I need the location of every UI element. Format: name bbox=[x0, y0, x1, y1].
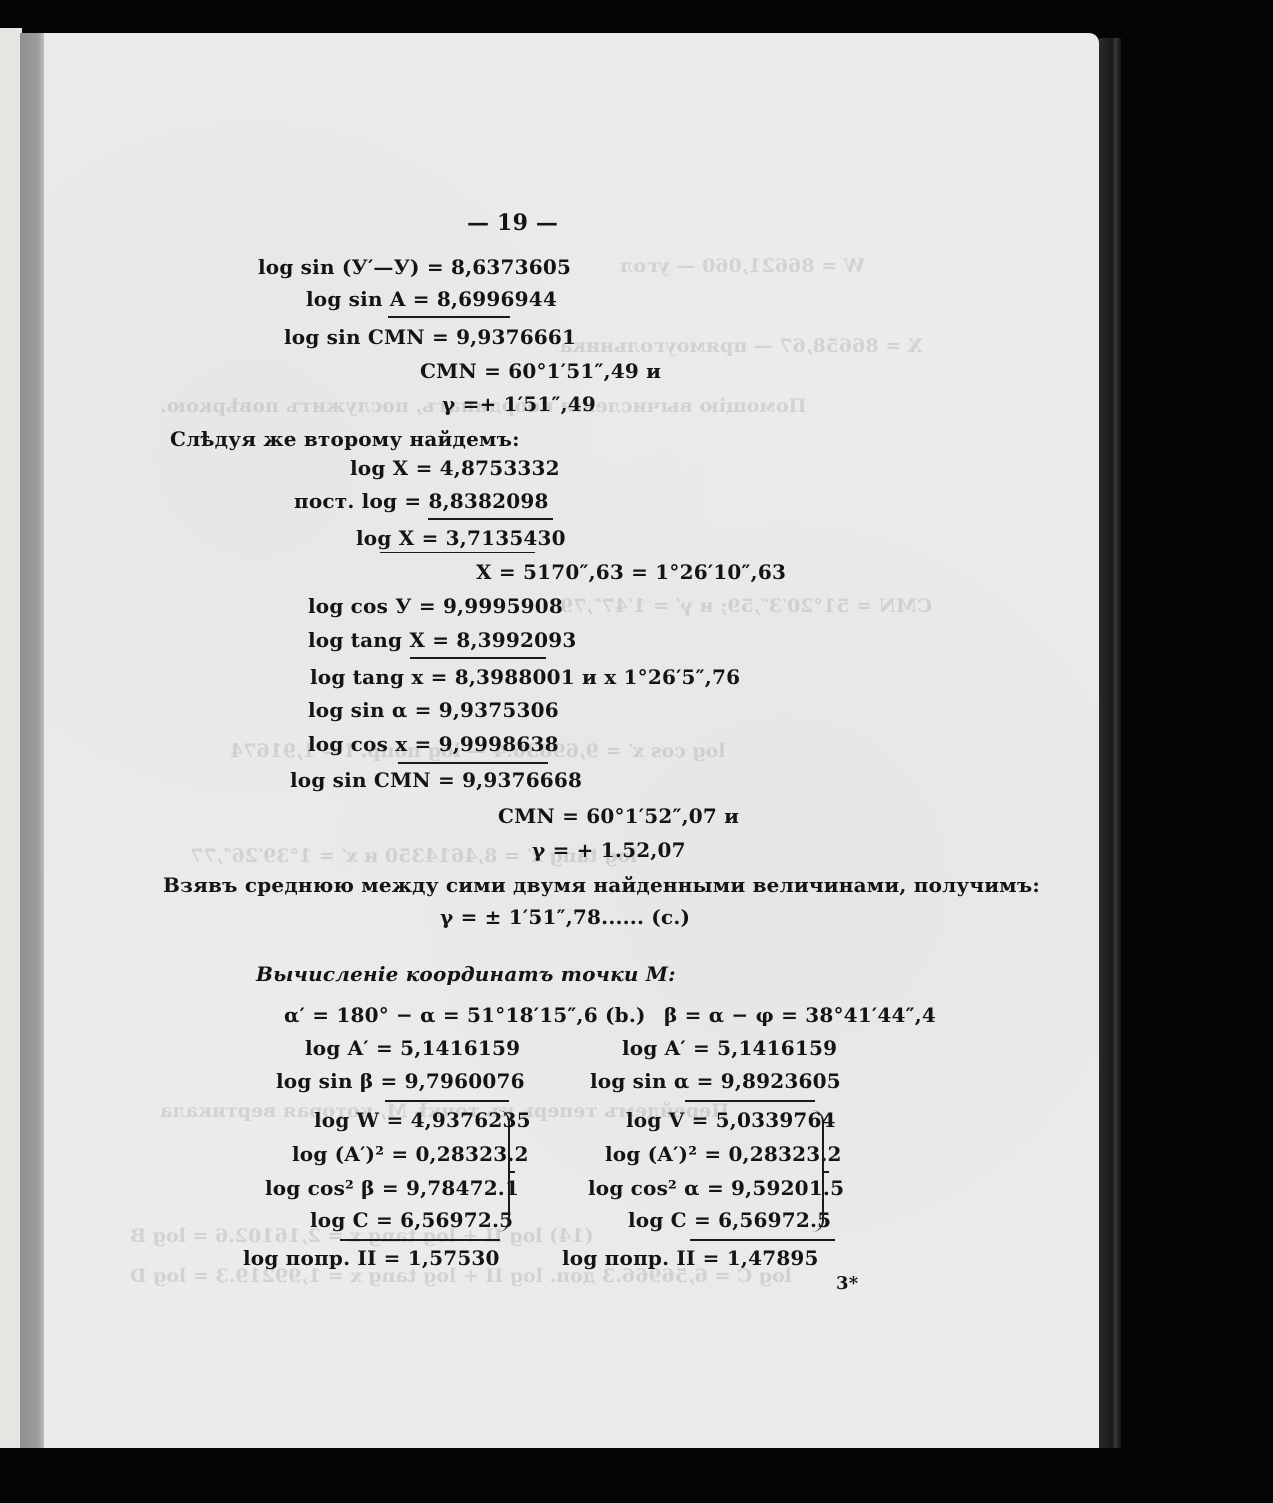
formula-line: log tang x = 8,3988001 и x 1°26′5″,76 bbox=[310, 665, 740, 689]
sum-rule bbox=[340, 1239, 500, 1241]
formula-line: log V = 5,0339764 bbox=[626, 1108, 836, 1132]
formula-line: log cos У = 9,9995908 bbox=[308, 594, 563, 618]
formula-line: log C = 6,56972.5 bbox=[310, 1208, 513, 1232]
bleed-through-text: CMN = 51°20′3″,59; и γ′ = 1′47″,79 bbox=[560, 595, 932, 617]
brace bbox=[812, 1110, 824, 1232]
formula-line: α′ = 180° − α = 51°18′15″,6 (b.) bbox=[284, 1003, 646, 1027]
sum-rule bbox=[410, 657, 546, 659]
formula-line: log sin A = 8,6996944 bbox=[306, 287, 557, 311]
sum-rule bbox=[428, 518, 553, 520]
formula-line: log sin α = 9,9375306 bbox=[308, 698, 559, 722]
sum-rule bbox=[388, 316, 510, 318]
formula-line: γ =+ 1′51″,49 bbox=[442, 392, 596, 416]
formula-line: CMN = 60°1′51″,49 и bbox=[420, 359, 661, 383]
formula-line: log (A′)² = 0,28323.2 bbox=[605, 1142, 842, 1166]
formula-line: log (A′)² = 0,28323.2 bbox=[292, 1142, 529, 1166]
gutter-shadow bbox=[20, 33, 46, 1448]
formula-line: log попр. II = 1,57530 bbox=[243, 1246, 500, 1270]
sum-rule bbox=[398, 762, 548, 764]
formula-line: log sin (У′—У) = 8,6373605 bbox=[258, 255, 571, 279]
formula-line: log cos x = 9,9998638 bbox=[308, 732, 559, 756]
formula-line: log попр. II = 1,47895 bbox=[562, 1246, 819, 1270]
formula-line: log A′ = 5,1416159 bbox=[305, 1036, 520, 1060]
formula-line: log tang X = 8,3992093 bbox=[308, 628, 576, 652]
formula-line: log sin α = 9,8923605 bbox=[590, 1069, 841, 1093]
section-heading: Вычисленіе координатъ точки М: bbox=[256, 962, 676, 986]
sum-rule bbox=[690, 1239, 835, 1241]
formula-line: log cos² β = 9,78472.1 bbox=[265, 1176, 519, 1200]
formula-line: log C = 6,56972.5 bbox=[628, 1208, 831, 1232]
formula-line: log A′ = 5,1416159 bbox=[622, 1036, 837, 1060]
formula-line: log sin β = 9,7960076 bbox=[276, 1069, 525, 1093]
left-page-edge bbox=[0, 28, 22, 1448]
formula-line: X = 5170″,63 = 1°26′10″,63 bbox=[476, 560, 786, 584]
formula-line: CMN = 60°1′52″,07 и bbox=[498, 804, 739, 828]
formula-line: log X = 3,7135430 bbox=[356, 526, 566, 550]
formula-line: log cos² α = 9,59201.5 bbox=[588, 1176, 844, 1200]
bleed-through-text: X = 86658,67 — прямоугольника bbox=[560, 335, 922, 357]
formula-line: log X = 4,8753332 bbox=[350, 456, 560, 480]
sum-rule bbox=[685, 1100, 815, 1102]
sum-rule bbox=[385, 1100, 509, 1102]
signature-mark: 3* bbox=[836, 1272, 858, 1296]
formula-line: log sin CMN = 9,9376668 bbox=[290, 768, 582, 792]
section-heading: Слѣдуя же второму найдемъ: bbox=[170, 427, 520, 451]
paragraph-text: Взявъ среднюю между сими двумя найденным… bbox=[163, 873, 1040, 897]
formula-line: пост. log = 8,8382098 bbox=[294, 489, 549, 513]
book-edge bbox=[1099, 38, 1121, 1448]
page-number: — 19 — bbox=[467, 211, 558, 235]
brace bbox=[498, 1110, 510, 1232]
formula-line: log sin CMN = 9,9376661 bbox=[284, 325, 576, 349]
sum-rule bbox=[380, 552, 535, 553]
formula-line: γ = + 1.52,07 bbox=[532, 838, 686, 862]
formula-line: β = α − φ = 38°41′44″,4 bbox=[664, 1003, 936, 1027]
formula-result: γ = ± 1′51″,78...... (c.) bbox=[440, 905, 690, 929]
bleed-through-text: W = 86621,060 — угол bbox=[620, 255, 865, 277]
